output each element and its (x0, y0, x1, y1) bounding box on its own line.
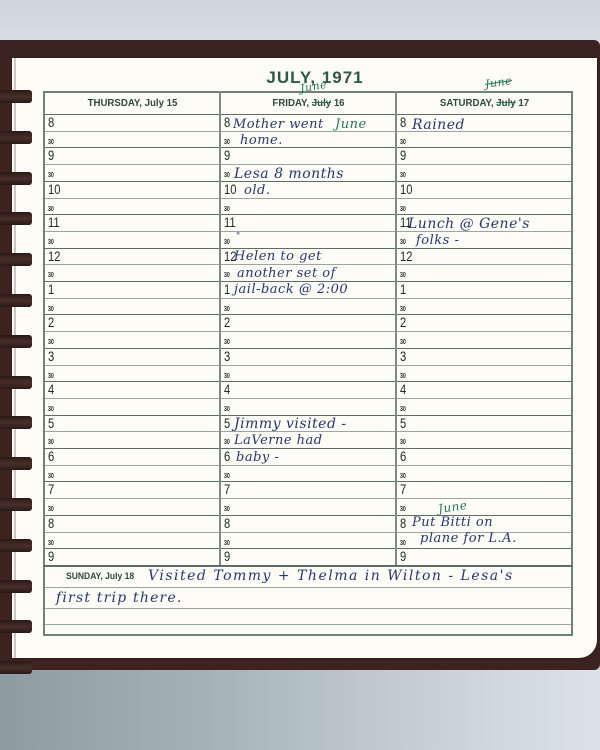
spiral-ring (0, 376, 32, 389)
time-slot-row: 30 (397, 331, 571, 348)
time-slot-label: 30 (224, 237, 230, 246)
time-slot-row: 9 (397, 548, 571, 565)
time-slot-label: 4 (400, 381, 406, 397)
spiral-ring (0, 131, 32, 144)
time-slot-row: 5 (397, 415, 571, 432)
time-slot-row: 30 (221, 532, 395, 549)
entry-friday-6: baby - (236, 450, 279, 465)
time-slot-row: 7 (397, 481, 571, 498)
time-slot-row: 2 (221, 314, 395, 331)
time-slot-label: 30 (224, 170, 230, 179)
time-slot-row: 30 (397, 365, 571, 382)
time-slot-label: 10 (48, 181, 60, 197)
time-slot-label: 30 (224, 270, 230, 279)
struck-month: July (496, 97, 515, 109)
time-slot-label: 30 (400, 270, 406, 279)
time-slot-row: 12 (45, 248, 219, 265)
time-slot-label: 30 (48, 538, 54, 547)
spiral-ring (0, 90, 32, 103)
time-slot-row: 8 (221, 515, 395, 532)
time-slot-label: 12 (400, 248, 412, 264)
time-slot-label: 12 (48, 248, 60, 264)
time-slot-row: 30 (397, 164, 571, 181)
time-slot-label: 30 (400, 204, 406, 213)
spiral-ring (0, 335, 32, 348)
column-header-saturday: SATURDAY, July 17 (404, 93, 565, 114)
time-slot-row: 4 (221, 381, 395, 398)
time-slot-row: 30 (45, 532, 219, 549)
time-slot-row: 30 (45, 398, 219, 415)
day-name: THURSDAY, (88, 97, 142, 109)
time-slot-row: 5 (45, 415, 219, 432)
time-slot-label: 30 (224, 471, 230, 480)
time-slot-label: 9 (224, 548, 230, 564)
time-slot-label: 30 (400, 237, 406, 246)
time-slot-row: 9 (221, 147, 395, 164)
time-slot-label: 30 (48, 371, 54, 380)
sunday-label: SUNDAY, July 18 (66, 571, 134, 582)
day-date: July 15 (145, 97, 178, 109)
time-slot-row: 30 (397, 498, 571, 515)
time-slot-label: 9 (400, 147, 406, 163)
time-slot-row: 30 (221, 365, 395, 382)
time-slot-row: 30 (45, 264, 219, 281)
time-slot-label: 30 (224, 337, 230, 346)
entry-friday-8: Mother went (233, 117, 324, 132)
time-slot-row: 7 (45, 481, 219, 498)
time-slot-label: 3 (48, 348, 54, 364)
time-slot-row: 30 (45, 131, 219, 148)
time-slot-row: 9 (45, 548, 219, 565)
time-slot-label: 8 (224, 515, 230, 531)
time-slot-label: 30 (400, 504, 406, 513)
time-slot-row: 30 (45, 498, 219, 515)
time-slot-label: 9 (224, 147, 230, 163)
time-slot-label: 30 (48, 304, 54, 313)
time-slot-label: 2 (48, 314, 54, 330)
spiral-ring (0, 661, 32, 674)
time-slot-row: 30 (45, 198, 219, 215)
spiral-ring (0, 498, 32, 511)
time-slot-label: 1 (400, 281, 406, 297)
entry-friday-1: jail-back @ 2:00 (234, 282, 348, 297)
time-slot-row: 1 (397, 281, 571, 298)
time-slot-label: 9 (48, 147, 54, 163)
entry-saturday-830pm: plane for L.A. (420, 531, 517, 546)
time-slot-label: 10 (400, 181, 412, 197)
sunday-rule (45, 624, 571, 625)
day-name: FRIDAY, (272, 97, 309, 109)
time-slot-row: 9 (397, 147, 571, 164)
time-slot-label: 6 (400, 448, 406, 464)
background-surface (0, 670, 600, 750)
time-slot-label: 6 (224, 448, 230, 464)
time-slot-label: 8 (400, 114, 406, 130)
time-slot-row: 30 (397, 198, 571, 215)
spiral-ring (0, 620, 32, 633)
spiral-ring (0, 580, 32, 593)
time-slot-label: 11 (48, 214, 60, 230)
time-slot-label: 7 (48, 481, 54, 497)
spiral-ring (0, 416, 32, 429)
time-slot-label: 30 (400, 304, 406, 313)
time-slot-row: 30 (45, 231, 219, 248)
time-slot-label: 30 (224, 504, 230, 513)
day-name: SATURDAY, (440, 97, 494, 109)
time-slot-row: 30 (221, 231, 395, 248)
time-slot-label: 2 (224, 314, 230, 330)
time-slot-label: 30 (224, 538, 230, 547)
column-header-friday: FRIDAY, July 16 (228, 93, 389, 114)
time-slot-row: 6 (397, 448, 571, 465)
page-edge (14, 58, 16, 658)
time-slot-row: 9 (221, 548, 395, 565)
time-slot-row: 30 (45, 431, 219, 448)
time-slot-row: 8 (45, 114, 219, 131)
time-slot-label: 30 (48, 337, 54, 346)
time-slot-label: 30 (48, 437, 54, 446)
time-slot-row: 7 (221, 481, 395, 498)
time-slot-row: 30 (221, 465, 395, 482)
time-slot-row: 12 (397, 248, 571, 265)
spiral-ring (0, 539, 32, 552)
spiral-ring (0, 294, 32, 307)
time-slot-row: 30 (397, 465, 571, 482)
entry-saturday-1130: folks - (416, 233, 459, 248)
time-slot-label: 1 (48, 281, 54, 297)
time-slot-row: 30 (397, 431, 571, 448)
time-slot-label: 5 (400, 415, 406, 431)
time-slot-label: 30 (224, 371, 230, 380)
entry-saturday-8pm: Put Bitti on (412, 515, 493, 530)
time-slot-row: 2 (45, 314, 219, 331)
column-header-thursday: THURSDAY, July 15 (52, 93, 213, 114)
time-slot-row: 30 (221, 498, 395, 515)
time-slot-label: 30 (400, 137, 406, 146)
time-slot-label: 30 (224, 137, 230, 146)
entry-friday-830: home. (240, 133, 283, 148)
time-slot-label: 30 (400, 337, 406, 346)
time-slot-row: 8 (45, 515, 219, 532)
time-slot-row: 30 (221, 198, 395, 215)
time-slot-label: 1 (224, 281, 230, 297)
time-slot-label: 30 (224, 204, 230, 213)
time-slot-label: 30 (400, 471, 406, 480)
time-slot-row: 30 (45, 365, 219, 382)
time-slot-label: 30 (48, 471, 54, 480)
time-slot-row: 10 (45, 181, 219, 198)
time-slot-row: 9 (45, 147, 219, 164)
time-slot-row: 30 (221, 298, 395, 315)
time-slot-row: 30 (397, 298, 571, 315)
time-slot-label: 30 (400, 437, 406, 446)
time-slot-row: 2 (397, 314, 571, 331)
entry-friday-530: LaVerne had (234, 433, 323, 448)
time-slot-row: 3 (45, 348, 219, 365)
time-slot-row: 30 (397, 398, 571, 415)
time-slot-row: 4 (397, 381, 571, 398)
time-slot-label: 3 (224, 348, 230, 364)
time-slot-label: 7 (400, 481, 406, 497)
time-slot-row: 3 (397, 348, 571, 365)
time-slot-label: 5 (224, 415, 230, 431)
struck-month: July (312, 97, 331, 109)
time-slot-row: 11 (221, 214, 395, 231)
time-slot-row: 30 (397, 131, 571, 148)
entry-friday-1130: " (236, 232, 241, 242)
time-slot-label: 30 (48, 404, 54, 413)
time-slot-label: 11 (224, 214, 236, 230)
entry-friday-12: Helen to get (234, 249, 322, 264)
time-slot-row: 3 (221, 348, 395, 365)
time-slot-label: 8 (224, 114, 230, 130)
time-slot-label: 30 (48, 504, 54, 513)
time-slot-label: 10 (224, 181, 236, 197)
time-slot-label: 9 (400, 548, 406, 564)
day-number: 16 (334, 97, 345, 109)
spiral-ring (0, 457, 32, 470)
time-slot-label: 30 (48, 237, 54, 246)
day-number: 17 (518, 97, 529, 109)
sunday-rule (45, 587, 571, 588)
time-slot-label: 2 (400, 314, 406, 330)
time-slot-label: 30 (224, 404, 230, 413)
entry-friday-1230: another set of (237, 266, 336, 281)
time-slot-row: 30 (221, 398, 395, 415)
time-slot-label: 9 (48, 548, 54, 564)
spiral-ring (0, 253, 32, 266)
time-slot-label: 4 (48, 381, 54, 397)
time-slot-label: 30 (48, 204, 54, 213)
time-slot-label: 30 (48, 270, 54, 279)
entry-friday-8-note: June (335, 117, 367, 132)
time-slot-row: 30 (45, 164, 219, 181)
entry-friday-930: Lesa 8 months (234, 166, 344, 182)
time-slot-row: 11 (45, 214, 219, 231)
time-slot-label: 30 (400, 170, 406, 179)
time-slot-row: 30 (397, 264, 571, 281)
entry-saturday-8: Rained (412, 117, 465, 133)
time-slot-row: 30 (221, 331, 395, 348)
time-slot-row: 10 (397, 181, 571, 198)
time-slot-label: 30 (400, 538, 406, 547)
time-slot-label: 6 (48, 448, 54, 464)
sunday-rule (45, 608, 571, 609)
time-slot-label: 7 (224, 481, 230, 497)
time-slot-row: 30 (45, 331, 219, 348)
entry-saturday-11: Lunch @ Gene's (408, 216, 530, 232)
time-slot-label: 30 (400, 404, 406, 413)
time-slot-row: 6 (45, 448, 219, 465)
time-slot-label: 4 (224, 381, 230, 397)
sunday-entry-line2: first trip there. (56, 590, 183, 606)
time-slot-label: 30 (48, 170, 54, 179)
time-slot-label: 8 (48, 515, 54, 531)
time-slot-row: 30 (45, 465, 219, 482)
time-slot-label: 8 (48, 114, 54, 130)
spiral-ring (0, 212, 32, 225)
entry-friday-5: Jimmy visited - (234, 416, 347, 432)
time-slot-label: 30 (224, 304, 230, 313)
time-slot-label: 30 (48, 137, 54, 146)
time-slot-label: 8 (400, 515, 406, 531)
time-slot-label: 30 (224, 437, 230, 446)
entry-friday-10: old. (244, 183, 270, 198)
time-slot-label: 5 (48, 415, 54, 431)
time-slot-label: 30 (400, 371, 406, 380)
time-slot-row: 30 (45, 298, 219, 315)
time-slot-label: 3 (400, 348, 406, 364)
time-slot-row: 4 (45, 381, 219, 398)
spiral-ring (0, 172, 32, 185)
sunday-entry-line1: Visited Tommy + Thelma in Wilton - Lesa'… (148, 568, 514, 584)
time-slot-row: 1 (45, 281, 219, 298)
